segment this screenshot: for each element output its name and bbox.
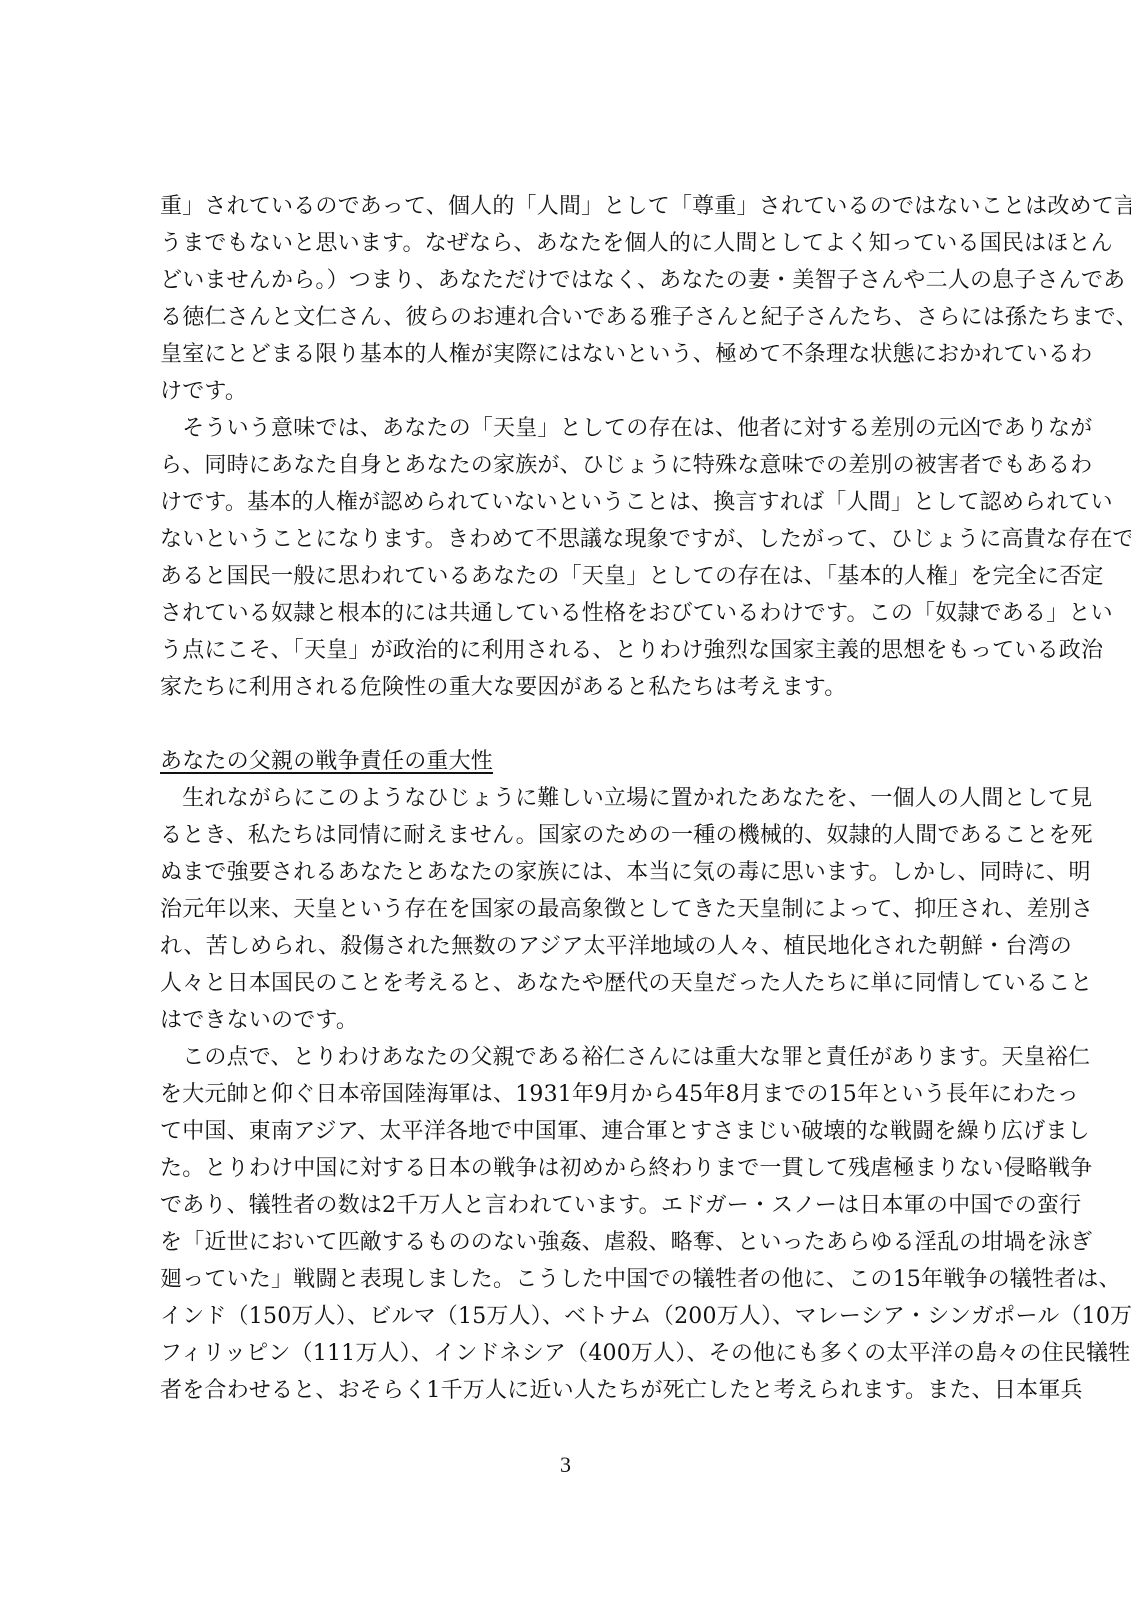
paragraph-4: この点で、とりわけあなたの父親である裕仁さんには重大な罪と責任があります。天皇裕… <box>160 1039 975 1409</box>
text-line: ないということになります。きわめて不思議な現象ですが、したがって、ひじょうに高貴… <box>160 521 975 558</box>
text-line: どいませんから。）つまり、あなただけではなく、あなたの妻・美智子さんや二人の息子… <box>160 262 975 299</box>
page-number: 3 <box>0 1452 1131 1478</box>
text-line: れ、苦しめられ、殺傷された無数のアジア太平洋地域の人々、植民地化された朝鮮・台湾… <box>160 928 975 965</box>
text-line: ぬまで強要されるあなたとあなたの家族には、本当に気の毒に思います。しかし、同時に… <box>160 854 975 891</box>
text-line: あると国民一般に思われているあなたの「天皇」としての存在は、「基本的人権」を完全… <box>160 558 975 595</box>
text-line: されている奴隷と根本的には共通している性格をおびているわけです。この「奴隷である… <box>160 595 975 632</box>
section-heading-line: あなたの父親の戦争責任の重大性 <box>160 743 975 780</box>
text-line: そういう意味では、あなたの「天皇」としての存在は、他者に対する差別の元凶でありな… <box>160 410 975 447</box>
text-line: を「近世において匹敵するもののない強姦、虐殺、略奪、といったあらゆる淫乱の坩堝を… <box>160 1224 975 1261</box>
paragraph-2: そういう意味では、あなたの「天皇」としての存在は、他者に対する差別の元凶でありな… <box>160 410 975 706</box>
paragraph-1: 重」されているのであって、個人的「人間」として「尊重」されているのではないことは… <box>160 188 975 410</box>
document-page: 重」されているのであって、個人的「人間」として「尊重」されているのではないことは… <box>0 0 1131 1600</box>
text-line: であり、犠牲者の数は2千万人と言われています。エドガー・スノーは日本軍の中国での… <box>160 1187 975 1224</box>
text-line: この点で、とりわけあなたの父親である裕仁さんには重大な罪と責任があります。天皇裕… <box>160 1039 975 1076</box>
text-line: て中国、東南アジア、太平洋各地で中国軍、連合軍とすさまじい破壊的な戦闘を繰り広げ… <box>160 1113 975 1150</box>
text-line: るとき、私たちは同情に耐えません。国家のための一種の機械的、奴隷的人間であること… <box>160 817 975 854</box>
section-heading: あなたの父親の戦争責任の重大性 <box>160 743 493 780</box>
text-line: 廻っていた」戦闘と表現しました。こうした中国での犠牲者の他に、この15年戦争の犠… <box>160 1261 975 1298</box>
text-line: を大元帥と仰ぐ日本帝国陸海軍は、1931年9月から45年8月までの15年という長… <box>160 1076 975 1113</box>
text-line: た。とりわけ中国に対する日本の戦争は初めから終わりまで一貫して残虐極まりない侵略… <box>160 1150 975 1187</box>
blank-line <box>160 706 975 743</box>
paragraph-3: 生れながらにこのようなひじょうに難しい立場に置かれたあなたを、一個人の人間として… <box>160 780 975 1039</box>
text-line: 者を合わせると、おそらく1千万人に近い人たちが死亡したと考えられます。また、日本… <box>160 1372 975 1409</box>
text-line: 人々と日本国民のことを考えると、あなたや歴代の天皇だった人たちに単に同情している… <box>160 965 975 1002</box>
text-line: 皇室にとどまる限り基本的人権が実際にはないという、極めて不条理な状態におかれてい… <box>160 336 975 373</box>
text-line: る徳仁さんと文仁さん、彼らのお連れ合いである雅子さんと紀子さんたち、さらには孫た… <box>160 299 975 336</box>
text-line: けです。基本的人権が認められていないということは、換言すれば「人間」として認めら… <box>160 484 975 521</box>
body-text: 重」されているのであって、個人的「人間」として「尊重」されているのではないことは… <box>160 188 975 1409</box>
text-line: 治元年以来、天皇という存在を国家の最高象徴としてきた天皇制によって、抑圧され、差… <box>160 891 975 928</box>
text-line: はできないのです。 <box>160 1002 975 1039</box>
text-line: 重」されているのであって、個人的「人間」として「尊重」されているのではないことは… <box>160 188 975 225</box>
text-line: 生れながらにこのようなひじょうに難しい立場に置かれたあなたを、一個人の人間として… <box>160 780 975 817</box>
text-line: フィリッピン（111万人）、インドネシア（400万人）、その他にも多くの太平洋の… <box>160 1335 975 1372</box>
text-line: けです。 <box>160 373 975 410</box>
text-line: インド（150万人）、ビルマ（15万人）、ベトナム（200万人）、マレーシア・シ… <box>160 1298 975 1335</box>
text-line: ら、同時にあなた自身とあなたの家族が、ひじょうに特殊な意味での差別の被害者でもあ… <box>160 447 975 484</box>
text-line: うまでもないと思います。なぜなら、あなたを個人的に人間としてよく知っている国民は… <box>160 225 975 262</box>
text-line: 家たちに利用される危険性の重大な要因があると私たちは考えます。 <box>160 669 975 706</box>
text-line: う点にこそ、「天皇」が政治的に利用される、とりわけ強烈な国家主義的思想をもってい… <box>160 632 975 669</box>
